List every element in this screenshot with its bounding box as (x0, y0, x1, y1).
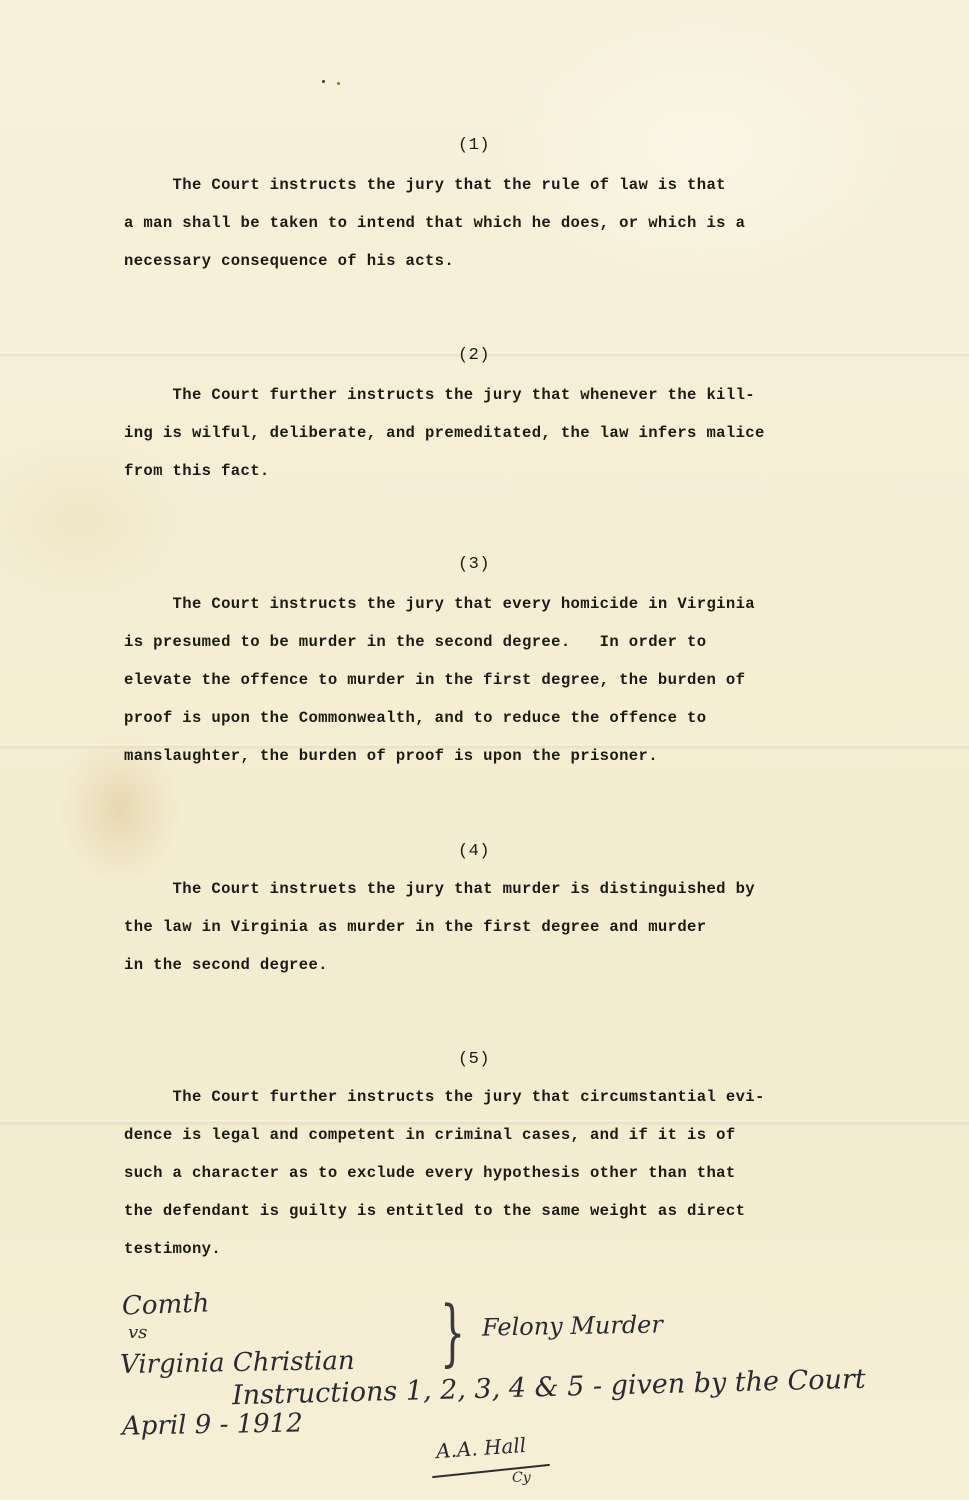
handwritten-date: April 9 - 1912 (122, 1408, 303, 1441)
handwritten-case-plaintiff: Comth (122, 1288, 210, 1321)
instruction-paragraph-1: The Court instructs the jury that the ru… (124, 166, 745, 280)
text-line: necessary consequence of his acts. (124, 242, 745, 280)
text-line: The Court further instructs the jury tha… (124, 376, 765, 414)
handwritten-charge: Felony Murder (482, 1310, 663, 1341)
handwritten-brace: } (440, 1296, 465, 1368)
text-line: The Court instructs the jury that the ru… (124, 166, 745, 204)
instruction-paragraph-3: The Court instructs the jury that every … (124, 585, 755, 775)
text-line: is presumed to be murder in the second d… (124, 623, 755, 661)
section-number-3: (3) (0, 555, 948, 574)
ink-speck (322, 80, 325, 83)
instruction-paragraph-4: The Court instruets the jury that murder… (124, 870, 755, 984)
text-line: ing is wilful, deliberate, and premedita… (124, 414, 765, 452)
section-number-2: (2) (0, 346, 948, 365)
section-number-4: (4) (0, 842, 948, 861)
text-line: The Court further instructs the jury tha… (124, 1078, 765, 1116)
section-number-5: (5) (0, 1050, 948, 1069)
text-line: proof is upon the Commonwealth, and to r… (124, 699, 755, 737)
text-line: elevate the offence to murder in the fir… (124, 661, 755, 699)
text-line: testimony. (124, 1230, 765, 1268)
handwritten-case-defendant: Virginia Christian (120, 1346, 355, 1380)
text-line: The Court instructs the jury that every … (124, 585, 755, 623)
text-line: the law in Virginia as murder in the fir… (124, 908, 755, 946)
text-line: The Court instruets the jury that murder… (124, 870, 755, 908)
instruction-paragraph-5: The Court further instructs the jury tha… (124, 1078, 765, 1268)
instruction-paragraph-2: The Court further instructs the jury tha… (124, 376, 765, 490)
text-line: manslaughter, the burden of proof is upo… (124, 737, 755, 775)
text-line: from this fact. (124, 452, 765, 490)
ink-speck (337, 82, 340, 85)
text-line: the defendant is guilty is entitled to t… (124, 1192, 765, 1230)
handwritten-signature-suffix: Cy (512, 1470, 531, 1486)
section-number-1: (1) (0, 136, 948, 155)
text-line: a man shall be taken to intend that whic… (124, 204, 745, 242)
text-line: dence is legal and competent in criminal… (124, 1116, 765, 1154)
text-line: such a character as to exclude every hyp… (124, 1154, 765, 1192)
text-line: in the second degree. (124, 946, 755, 984)
handwritten-versus: vs (128, 1322, 147, 1343)
